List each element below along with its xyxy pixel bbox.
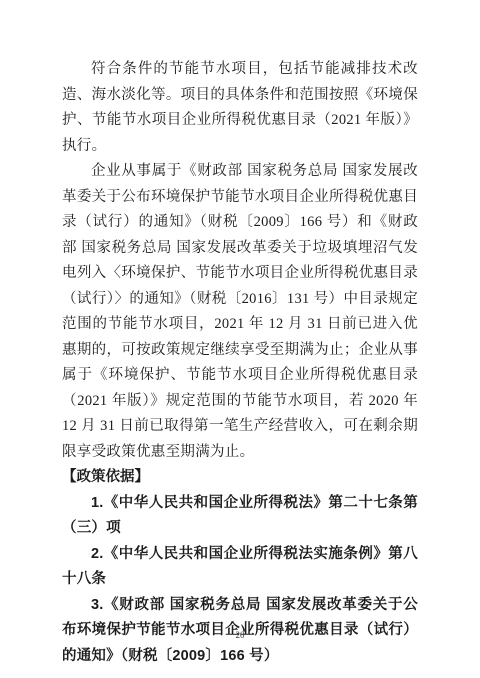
document-page: 符合条件的节能节水项目，包括节能减排技术改造、海水淡化等。项目的具体条件和范围按… <box>0 0 480 678</box>
policy-item-1: 1.《中华人民共和国企业所得税法》第二十七条第（三）项 <box>62 491 418 542</box>
page-number: 20 <box>0 630 480 640</box>
section-heading-policy-basis: 【政策依据】 <box>62 465 418 491</box>
paragraph-project-scope: 符合条件的节能节水项目，包括节能减排技术改造、海水淡化等。项目的具体条件和范围按… <box>62 57 418 159</box>
page-content: 符合条件的节能节水项目，包括节能减排技术改造、海水淡化等。项目的具体条件和范围按… <box>62 57 418 669</box>
policy-item-2: 2.《中华人民共和国企业所得税法实施条例》第八十八条 <box>62 542 418 593</box>
paragraph-transition-rules: 企业从事属于《财政部 国家税务总局 国家发展改革委关于公布环境保护节能节水项目企… <box>62 159 418 465</box>
